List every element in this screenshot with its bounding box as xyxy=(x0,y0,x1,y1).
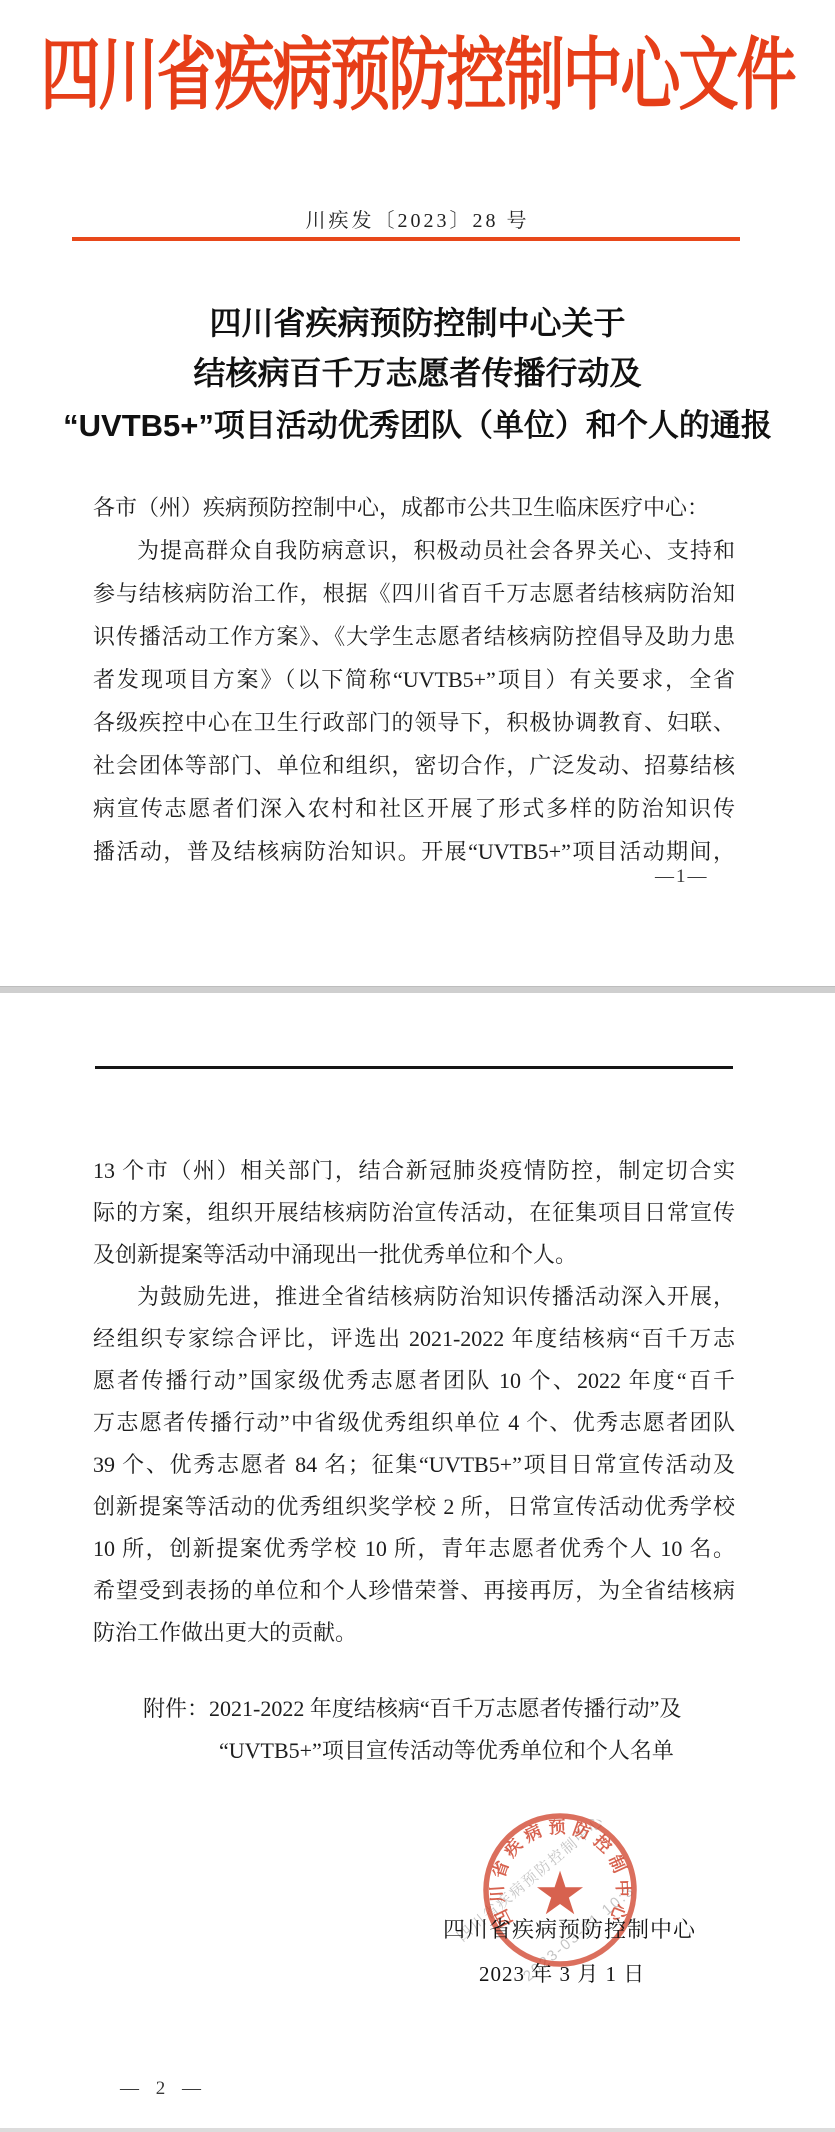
page1-body: 各市（州）疾病预防控制中心，成都市公共卫生临床医疗中心：为提高群众自我防病意识，… xyxy=(93,486,735,873)
page-separator xyxy=(0,986,835,993)
body-line: 播活动，普及结核病防治知识。开展“UVTB5+”项目活动期间， xyxy=(93,830,735,873)
body-line: 愿者传播行动”国家级优秀志愿者团队 10 个、2022 年度“百千 xyxy=(93,1360,735,1402)
body-line: 13 个市（州）相关部门，结合新冠肺炎疫情防控，制定切合实 xyxy=(93,1150,735,1192)
document-number: 川疾发〔2023〕28 号 xyxy=(0,204,835,233)
attachment-line1: 附件：2021-2022 年度结核病“百千万志愿者传播行动”及 xyxy=(93,1688,753,1730)
doc-title-line1: 四川省疾病预防控制中心关于 xyxy=(0,298,835,344)
body-line: 参与结核病防治工作，根据《四川省百千万志愿者结核病防治知 xyxy=(93,572,735,615)
issue-date: 2023 年 3 月 1 日 xyxy=(479,1958,645,1988)
body-line: 识传播活动工作方案》、《大学生志愿者结核病防控倡导及助力患 xyxy=(93,615,735,658)
body-line: 防治工作做出更大的贡献。 xyxy=(93,1612,735,1654)
body-line: 希望受到表扬的单位和个人珍惜荣誉、再接再厉，为全省结核病 xyxy=(93,1570,735,1612)
page2-body: 13 个市（州）相关部门，结合新冠肺炎疫情防控，制定切合实际的方案，组织开展结核… xyxy=(93,1150,735,1654)
attachment-block: 附件：2021-2022 年度结核病“百千万志愿者传播行动”及 “UVTB5+”… xyxy=(93,1688,753,1772)
body-line: 万志愿者传播行动”中省级优秀组织单位 4 个、优秀志愿者团队 xyxy=(93,1402,735,1444)
official-seal: 四川省疾病预防控制中心 ★ xyxy=(478,1808,642,1972)
body-line: 为鼓励先进，推进全省结核病防治知识传播活动深入开展， xyxy=(93,1276,735,1318)
body-line: 病宣传志愿者们深入农村和社区开展了形式多样的防治知识传 xyxy=(93,787,735,830)
body-line: 各市（州）疾病预防控制中心，成都市公共卫生临床医疗中心： xyxy=(93,486,735,529)
body-line: 社会团体等部门、单位和组织，密切合作，广泛发动、招募结核 xyxy=(93,744,735,787)
body-line: 者发现项目方案》（以下简称“UVTB5+”项目）有关要求，全省 xyxy=(93,658,735,701)
body-line: 10 所，创新提案优秀学校 10 所，青年志愿者优秀个人 10 名。 xyxy=(93,1528,735,1570)
page2-top-rule xyxy=(95,1066,733,1069)
bottom-scan-edge xyxy=(0,2128,835,2132)
issuer-signature: 四川省疾病预防控制中心 xyxy=(443,1913,696,1944)
body-line: 际的方案，组织开展结核病防治宣传活动，在征集项目日常宣传 xyxy=(93,1192,735,1234)
masthead-title: 四川省疾病预防控制中心文件 xyxy=(0,36,835,115)
doc-title-line2: 结核病百千万志愿者传播行动及 xyxy=(0,348,835,394)
body-line: 及创新提案等活动中涌现出一批优秀单位和个人。 xyxy=(93,1234,735,1276)
attachment-line2: “UVTB5+”项目宣传活动等优秀单位和个人名单 xyxy=(93,1730,753,1772)
page1-number: —1— xyxy=(655,866,709,888)
body-line: 经组织专家综合评比，评选出 2021-2022 年度结核病“百千万志 xyxy=(93,1318,735,1360)
body-line: 各级疾控中心在卫生行政部门的领导下，积极协调教育、妇联、 xyxy=(93,701,735,744)
body-line: 创新提案等活动的优秀组织奖学校 2 所，日常宣传活动优秀学校 xyxy=(93,1486,735,1528)
page2-number: — 2 — xyxy=(120,2078,207,2100)
doc-title-line3: “UVTB5+”项目活动优秀团队（单位）和个人的通报 xyxy=(0,400,835,445)
red-separator-line xyxy=(72,237,740,241)
document-page: 四川省疾病预防控制中心文件 川疾发〔2023〕28 号 四川省疾病预防控制中心关… xyxy=(0,0,835,2132)
body-line: 39 个、优秀志愿者 84 名；征集“UVTB5+”项目日常宣传活动及 xyxy=(93,1444,735,1486)
body-line: 为提高群众自我防病意识，积极动员社会各界关心、支持和 xyxy=(93,529,735,572)
